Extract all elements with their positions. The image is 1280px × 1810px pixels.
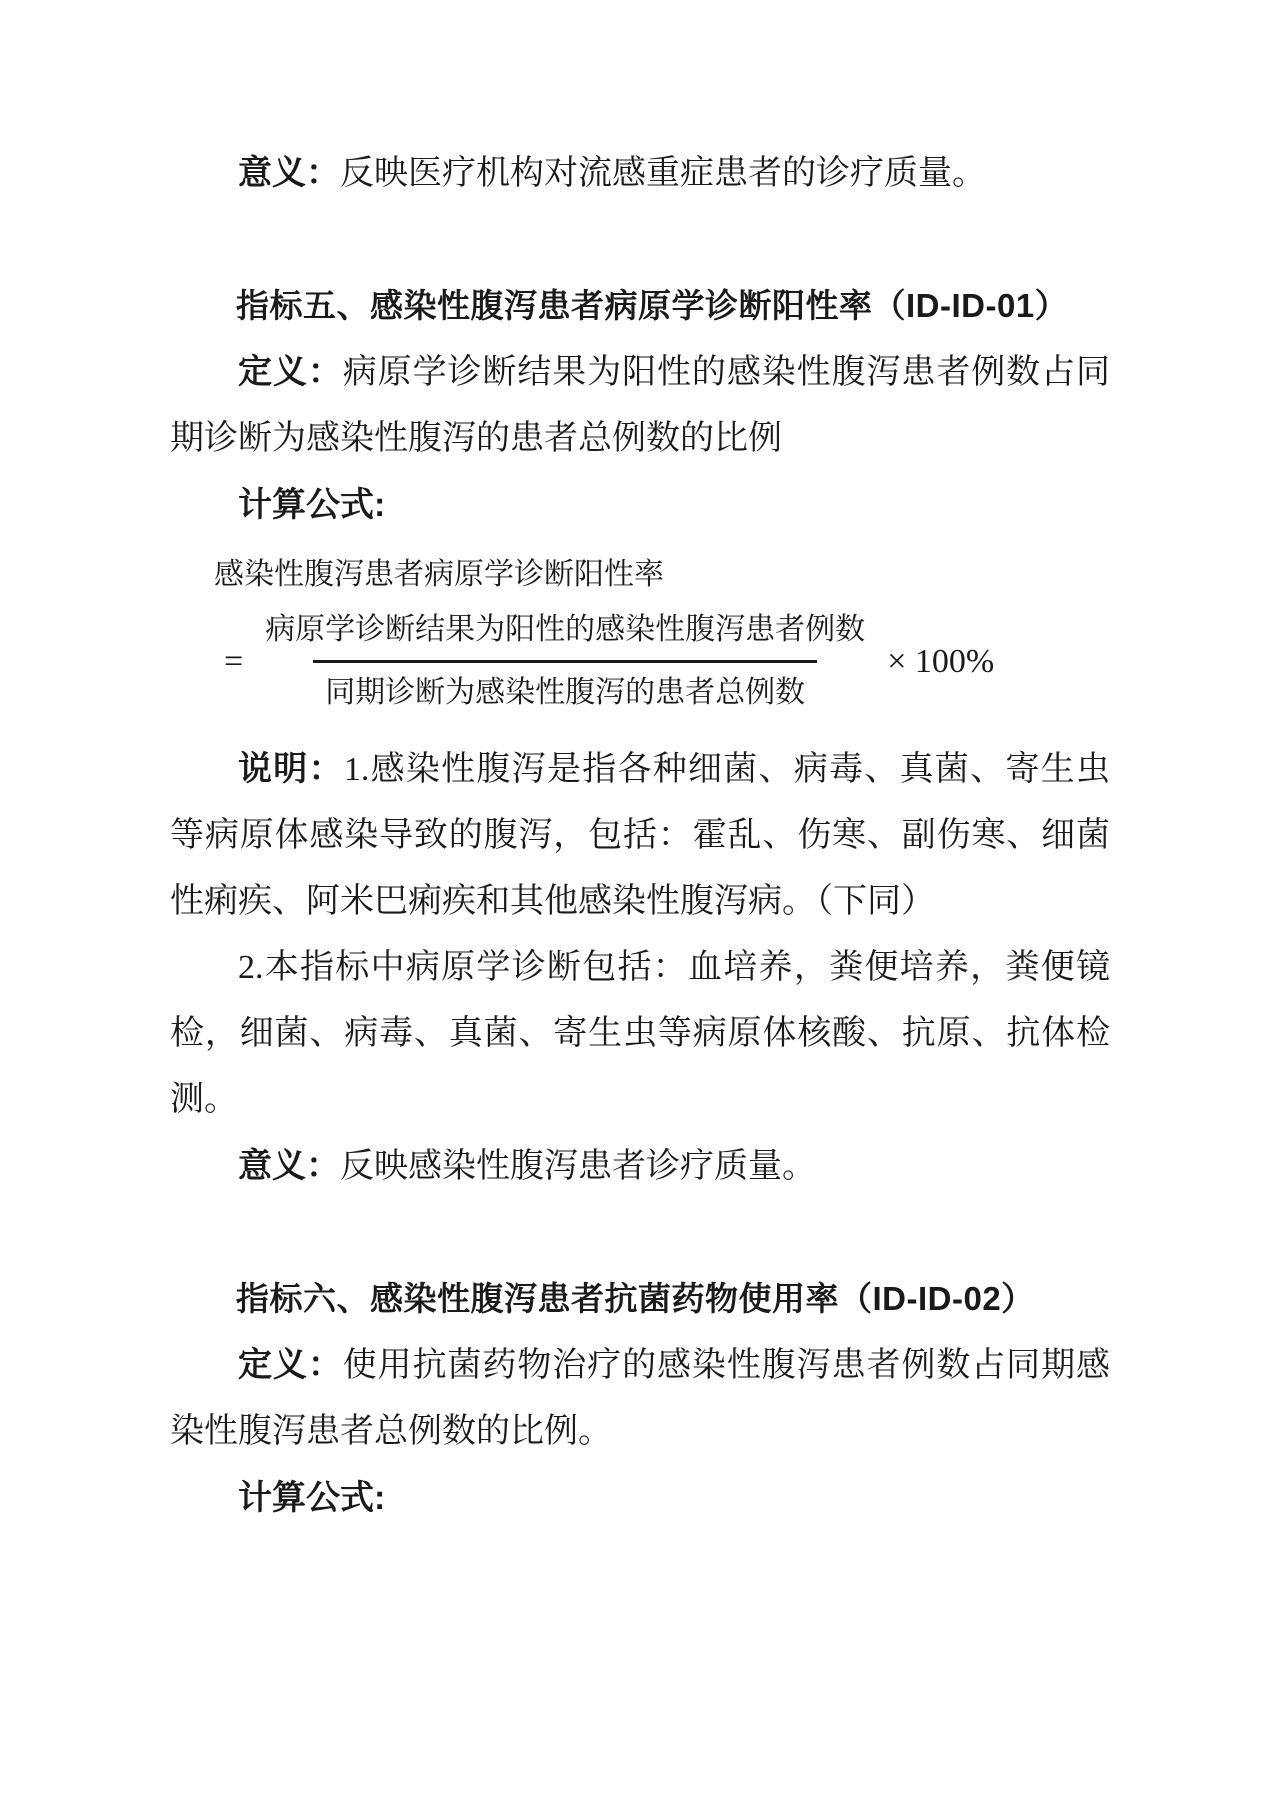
indicator6-definition-label: 定义： bbox=[238, 1346, 343, 1384]
formula-numerator: 病原学诊断结果为阳性的感染性腹泻患者例数 bbox=[253, 609, 877, 660]
formula-equals-sign: = bbox=[224, 643, 243, 681]
indicator5-note2-paragraph: 2.本指标中病原学诊断包括：血培养，粪便培养，粪便镜检，细菌、病毒、真菌、寄生虫… bbox=[170, 935, 1110, 1133]
indicator6-formula-heading-paragraph: 计算公式: bbox=[170, 1465, 1110, 1532]
indicator5-formula: 感染性腹泻患者病原学诊断阳性率 = 病原学诊断结果为阳性的感染性腹泻患者例数 同… bbox=[170, 549, 1110, 714]
indicator5-formula-heading-paragraph: 计算公式: bbox=[170, 472, 1110, 539]
formula-fraction: 病原学诊断结果为阳性的感染性腹泻患者例数 同期诊断为感染性腹泻的患者总例数 bbox=[253, 609, 877, 714]
indicator5-formula-heading-label: 计算公式: bbox=[238, 486, 385, 524]
indicator6-definition-paragraph: 定义：使用抗菌药物治疗的感染性腹泻患者例数占同期感染性腹泻患者总例数的比例。 bbox=[170, 1332, 1110, 1465]
indicator5-note1-paragraph: 说明：1.感染性腹泻是指各种细菌、病毒、真菌、寄生虫等病原体感染导致的腹泻，包括… bbox=[170, 736, 1110, 935]
formula-fraction-row: = 病原学诊断结果为阳性的感染性腹泻患者例数 同期诊断为感染性腹泻的患者总例数 … bbox=[224, 609, 1110, 714]
indicator5-significance-paragraph: 意义：反映感染性腹泻患者诊疗质量。 bbox=[170, 1133, 1110, 1200]
formula-multiplier: × 100% bbox=[887, 643, 994, 681]
indicator6-heading: 指标六、感染性腹泻患者抗菌药物使用率（ID-ID-02） bbox=[170, 1266, 1110, 1332]
influenza-significance-text: 反映医疗机构对流感重症患者的诊疗质量。 bbox=[340, 155, 986, 192]
formula-lhs: 感染性腹泻患者病原学诊断阳性率 bbox=[214, 549, 1110, 601]
influenza-significance-paragraph: 意义：反映医疗机构对流感重症患者的诊疗质量。 bbox=[170, 140, 1110, 207]
indicator5-significance-label: 意义： bbox=[238, 1147, 340, 1185]
formula-denominator: 同期诊断为感染性腹泻的患者总例数 bbox=[313, 660, 817, 714]
influenza-significance-label: 意义： bbox=[238, 154, 340, 192]
indicator5-significance-text: 反映感染性腹泻患者诊疗质量。 bbox=[340, 1148, 816, 1185]
document-page: 意义：反映医疗机构对流感重症患者的诊疗质量。 指标五、感染性腹泻患者病原学诊断阳… bbox=[0, 0, 1280, 1810]
indicator5-heading: 指标五、感染性腹泻患者病原学诊断阳性率（ID-ID-01） bbox=[170, 273, 1110, 339]
indicator5-definition-label: 定义： bbox=[238, 353, 343, 391]
indicator5-notes-label: 说明： bbox=[238, 750, 344, 788]
indicator5-definition-paragraph: 定义：病原学诊断结果为阳性的感染性腹泻患者例数占同期诊断为感染性腹泻的患者总例数… bbox=[170, 339, 1110, 472]
indicator6-formula-heading-label: 计算公式: bbox=[238, 1479, 385, 1517]
